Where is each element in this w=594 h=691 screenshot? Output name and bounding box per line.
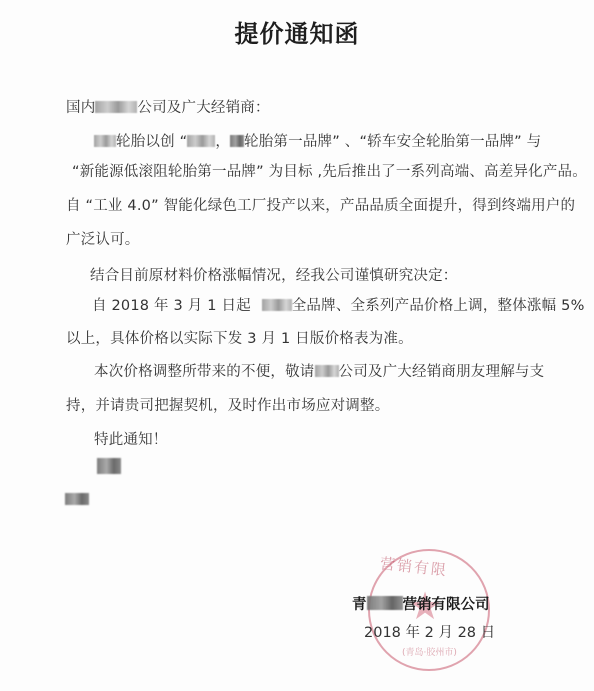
closing-remark: 特此通知！ xyxy=(94,428,168,449)
letter-page: 提价通知函 国内公司及广大经销商： 轮胎以创 “，轮胎第一品牌” 、“轿车安全轮… xyxy=(0,0,594,691)
seal-bottom-text: (青岛·胶州市) xyxy=(402,645,457,658)
text: 自 2018 年 3 月 1 日起 xyxy=(92,298,251,314)
paragraph-4-line-2: 持，并请贵司把握契机，及时作出市场应对调整。 xyxy=(66,394,389,415)
signature-date: 2018 年 2 月 28 日 xyxy=(364,621,495,642)
redacted-signature-name xyxy=(97,458,121,474)
text: 轮胎第一品牌” 、“轿车安全轮胎第一品牌” 与 xyxy=(244,134,541,150)
signature-company: 青营销有限公司 xyxy=(352,593,490,614)
redacted-brand xyxy=(262,299,292,311)
text: 公司及广大经销商朋友理解与支 xyxy=(339,364,545,380)
text: 营销有限公司 xyxy=(403,597,490,613)
redacted-company-name xyxy=(315,365,339,377)
redacted-brand xyxy=(230,135,244,147)
redacted-company-name xyxy=(367,596,403,610)
redacted-company-name xyxy=(95,101,137,113)
document-title: 提价通知函 xyxy=(0,14,594,49)
salutation-suffix: 公司及广大经销商： xyxy=(137,100,269,116)
redacted-brand xyxy=(94,135,116,147)
text: 青 xyxy=(352,597,367,613)
paragraph-1-line-3: 自 “工业 4.0” 智能化绿色工厂投产以来，产品品质全面提升，得到终端用户的 xyxy=(66,194,575,215)
text: 轮胎以创 “ xyxy=(116,134,187,150)
text: ， xyxy=(215,134,230,150)
paragraph-3-line-2: 以上，具体价格以实际下发 3 月 1 日版价格表为准。 xyxy=(66,327,413,348)
salutation: 国内公司及广大经销商： xyxy=(66,96,270,117)
salutation-prefix: 国内 xyxy=(66,100,95,116)
paragraph-1-line-2: “新能源低滚阻轮胎第一品牌” 为目标 ,先后推出了一系列高端、高差异化产品。 xyxy=(72,160,587,181)
text: 本次价格调整所带来的不便，敬请 xyxy=(94,364,315,380)
paragraph-1-line-4: 广泛认可。 xyxy=(66,228,140,249)
paragraph-1-line-1: 轮胎以创 “，轮胎第一品牌” 、“轿车安全轮胎第一品牌” 与 xyxy=(94,130,541,151)
redacted-brand xyxy=(187,135,215,147)
paragraph-2-line-1: 结合目前原材料价格涨幅情况，经我公司谨慎研究决定： xyxy=(90,264,458,285)
redacted-signature-detail xyxy=(65,493,89,505)
paragraph-4-line-1: 本次价格调整所带来的不便，敬请公司及广大经销商朋友理解与支 xyxy=(94,360,544,381)
text: 全品牌、全系列产品价格上调，整体涨幅 5% xyxy=(292,298,585,314)
paragraph-3-line-1: 自 2018 年 3 月 1 日起 全品牌、全系列产品价格上调，整体涨幅 5% xyxy=(92,294,585,315)
